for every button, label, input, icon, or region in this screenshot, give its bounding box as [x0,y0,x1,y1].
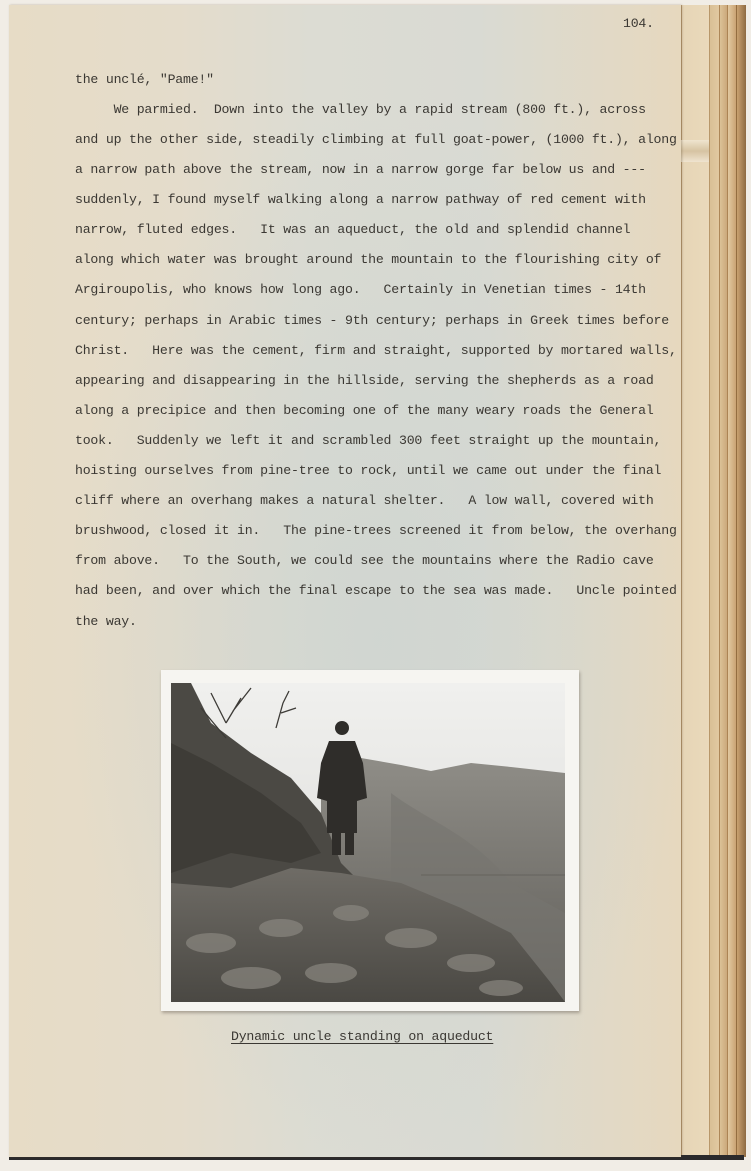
photograph-mountain-aqueduct [171,683,565,1002]
text-line: the unclé, "Pame!" [75,72,214,87]
page-fold-mark [681,140,709,162]
text-line: brushwood, closed it in. The pine-trees … [75,523,677,538]
text-line: cliff where an overhang makes a natural … [75,493,654,508]
text-line: hoisting ourselves from pine-tree to roc… [75,463,661,478]
text-line: We parmied. Down into the valley by a ra… [75,102,646,117]
text-line: along a precipice and then becoming one … [75,403,654,418]
text-line: along which water was brought around the… [75,252,661,267]
text-line: from above. To the South, we could see t… [75,553,654,568]
text-line: narrow, fluted edges. It was an aqueduct… [75,222,630,237]
book-cover-edge [736,5,746,1157]
page-number: 104. [623,16,654,31]
text-line: Christ. Here was the cement, firm and st… [75,343,677,358]
photo-scene [171,683,565,1002]
photo-caption: Dynamic uncle standing on aqueduct [231,1029,493,1044]
text-line: a narrow path above the stream, now in a… [75,162,646,177]
page-stack-edge [681,5,710,1157]
text-line: the way. [75,614,137,629]
text-line: and up the other side, steadily climbing… [75,132,677,147]
text-line: century; perhaps in Arabic times - 9th c… [75,313,669,328]
text-line: had been, and over which the final escap… [75,583,677,598]
text-line: suddenly, I found myself walking along a… [75,192,646,207]
photo-print [161,670,579,1011]
text-line: took. Suddenly we left it and scrambled … [75,433,661,448]
text-line: Argiroupolis, who knows how long ago. Ce… [75,282,646,297]
text-line: appearing and disappearing in the hillsi… [75,373,654,388]
